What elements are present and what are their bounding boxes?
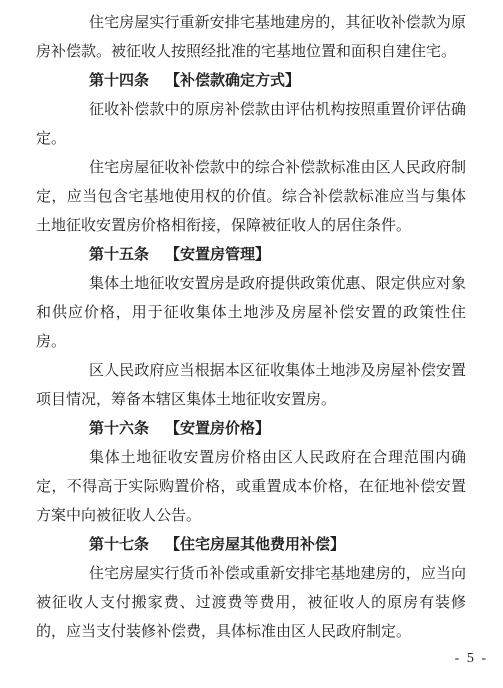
article-title: 【补偿款确定方式】	[165, 73, 300, 89]
article-number: 第十六条	[89, 421, 165, 437]
article-title: 【住宅房屋其他费用补偿】	[165, 537, 345, 553]
article-heading: 第十六条【安置房价格】	[36, 415, 466, 444]
paragraph: 征收补偿款中的原房补偿款由评估机构按照重置价评估确定。	[36, 96, 466, 154]
page-number: - 5 -	[455, 650, 488, 668]
document-body: 住宅房屋实行重新安排宅基地建房的，其征收补偿款为原房补偿款。被征收人按照经批准的…	[36, 9, 466, 647]
article-title: 【安置房管理】	[165, 247, 270, 263]
article-heading: 第十四条【补偿款确定方式】	[36, 67, 466, 96]
document-page: 住宅房屋实行重新安排宅基地建房的，其征收补偿款为原房补偿款。被征收人按照经批准的…	[0, 0, 503, 688]
paragraph: 集体土地征收安置房价格由区人民政府在合理范围内确定，不得高于实际购置价格，或重置…	[36, 444, 466, 531]
paragraph: 住宅房屋实行重新安排宅基地建房的，其征收补偿款为原房补偿款。被征收人按照经批准的…	[36, 9, 466, 67]
paragraph: 集体土地征收安置房是政府提供政策优惠、限定供应对象和供应价格，用于征收集体土地涉…	[36, 270, 466, 357]
article-heading: 第十五条【安置房管理】	[36, 241, 466, 270]
paragraph: 区人民政府应当根据本区征收集体土地涉及房屋补偿安置项目情况，筹备本辖区集体土地征…	[36, 357, 466, 415]
paragraph: 住宅房屋征收补偿款中的综合补偿款标准由区人民政府制定，应当包含宅基地使用权的价值…	[36, 154, 466, 241]
paragraph: 住宅房屋实行货币补偿或重新安排宅基地建房的，应当向被征收人支付搬家费、过渡费等费…	[36, 560, 466, 647]
article-number: 第十五条	[89, 247, 165, 263]
article-number: 第十四条	[89, 73, 165, 89]
article-number: 第十七条	[89, 537, 165, 553]
article-title: 【安置房价格】	[165, 421, 270, 437]
article-heading: 第十七条【住宅房屋其他费用补偿】	[36, 531, 466, 560]
